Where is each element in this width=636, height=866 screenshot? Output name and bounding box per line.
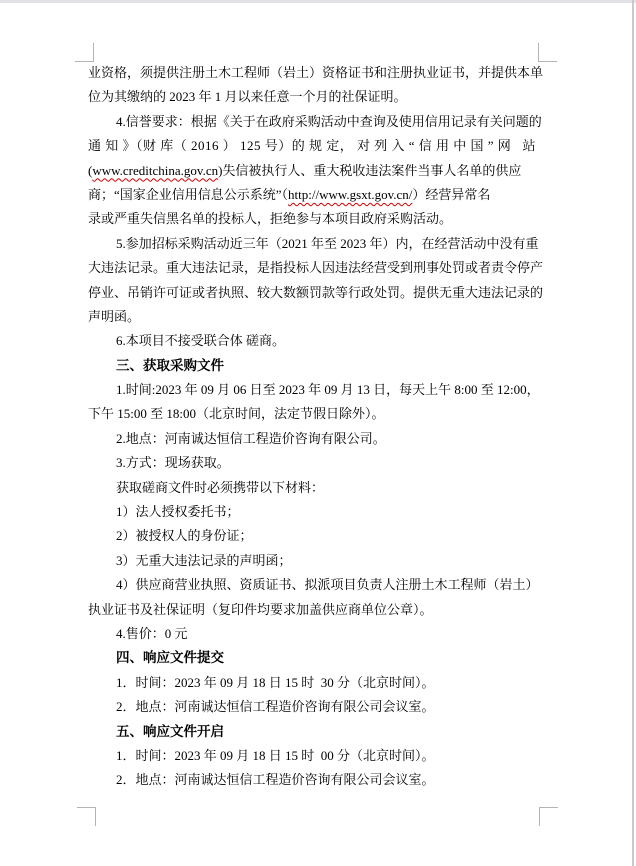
text-line[interactable]: 停业、吊销许可证或者执照、较大数额罚款等行政处罚。提供无重大违法记录的 — [88, 281, 550, 305]
text-line[interactable]: 获取磋商文件时必须携带以下材料： — [88, 476, 550, 500]
crop-mark-top-right — [538, 43, 557, 62]
text-line[interactable]: 1．时间：2023 年 09 月 18 日 15 时 30 分（北京时间）。 — [88, 671, 550, 695]
document-text-area[interactable]: 业资格，须提供注册土木工程师（岩土）资格证书和注册执业证书，并提供本单 位为其缴… — [88, 61, 550, 793]
text-line[interactable]: 下午 15:00 至 18:00（北京时间，法定节假日除外）。 — [88, 402, 550, 426]
text-line[interactable]: 2．地点：河南诚达恒信工程造价咨询有限公司会议室。 — [88, 695, 550, 719]
text-line[interactable]: 4.信誉要求：根据《关于在政府采购活动中查询及使用信用记录有关问题的 — [88, 110, 550, 134]
text-segment[interactable]: ）经营异常名 — [412, 187, 490, 202]
text-line[interactable]: 3.方式：现场获取。 — [88, 451, 550, 475]
text-line[interactable]: 商；“国家企业信用信息公示系统”（http://www.gsxt.gov.cn/… — [88, 183, 550, 207]
text-line[interactable]: 6.本项目不接受联合体 磋商。 — [88, 329, 550, 353]
url-text-gsxt[interactable]: http://www.gsxt.gov.cn/ — [288, 187, 412, 202]
text-segment[interactable]: )失信被执行人、重大税收违法案件当事人名单的供应 — [218, 163, 521, 178]
crop-mark-bottom-left — [77, 807, 96, 826]
text-line[interactable]: 执业证书及社保证明（复印件均要求加盖供应商单位公章）。 — [88, 598, 550, 622]
window-background-strip — [0, 0, 636, 3]
crop-mark-top-left — [75, 43, 94, 62]
text-line[interactable]: 位为其缴纳的 2023 年 1 月以来任意一个月的社保证明。 — [88, 85, 550, 109]
text-line[interactable]: 5.参加招标采购活动近三年（2021 年至 2023 年）内，在经营活动中没有重 — [88, 232, 550, 256]
text-line[interactable]: 1．时间：2023 年 09 月 18 日 15 时 00 分（北京时间）。 — [88, 744, 550, 768]
page-edge-line — [632, 0, 634, 866]
text-line[interactable]: 录或严重失信黑名单的投标人，拒绝参与本项目政府采购活动。 — [88, 207, 550, 231]
text-segment[interactable]: 商；“国家企业信用信息公示系统”（ — [88, 187, 288, 202]
text-line[interactable]: 4）供应商营业执照、资质证书、拟派项目负责人注册土木工程师（岩土） — [88, 573, 550, 597]
text-line[interactable]: (www.creditchina.gov.cn)失信被执行人、重大税收违法案件当… — [88, 159, 550, 183]
section-heading-response-opening[interactable]: 五、响应文件开启 — [88, 720, 550, 744]
crop-mark-bottom-right — [539, 807, 558, 826]
text-line[interactable]: 1.时间:2023 年 09 月 06 日至 2023 年 09 月 13 日，… — [88, 378, 550, 402]
text-line[interactable]: 2.地点：河南诚达恒信工程造价咨询有限公司。 — [88, 427, 550, 451]
text-line[interactable]: 2）被授权人的身份证； — [88, 524, 550, 548]
section-heading-response-submission[interactable]: 四、响应文件提交 — [88, 646, 550, 670]
url-text-creditchina[interactable]: www.creditchina.gov.cn — [92, 163, 218, 178]
text-line[interactable]: 2．地点：河南诚达恒信工程造价咨询有限公司会议室。 — [88, 768, 550, 792]
text-line[interactable]: 大违法记录。重大违法记录，是指投标人因违法经营受到刑事处罚或者责令停产 — [88, 256, 550, 280]
text-line[interactable]: 4.售价：0 元 — [88, 622, 550, 646]
section-heading-get-documents[interactable]: 三、获取采购文件 — [88, 354, 550, 378]
text-line[interactable]: 3）无重大违法记录的声明函； — [88, 549, 550, 573]
text-line[interactable]: 通 知 》（财 库（ 2016 ） 125 号）的 规 定， 对 列 入 “ 信… — [88, 134, 550, 158]
text-line[interactable]: 1）法人授权委托书； — [88, 500, 550, 524]
text-line[interactable]: 业资格，须提供注册土木工程师（岩土）资格证书和注册执业证书，并提供本单 — [88, 61, 550, 85]
document-page[interactable]: 业资格，须提供注册土木工程师（岩土）资格证书和注册执业证书，并提供本单 位为其缴… — [0, 0, 636, 866]
text-line[interactable]: 声明函。 — [88, 305, 550, 329]
